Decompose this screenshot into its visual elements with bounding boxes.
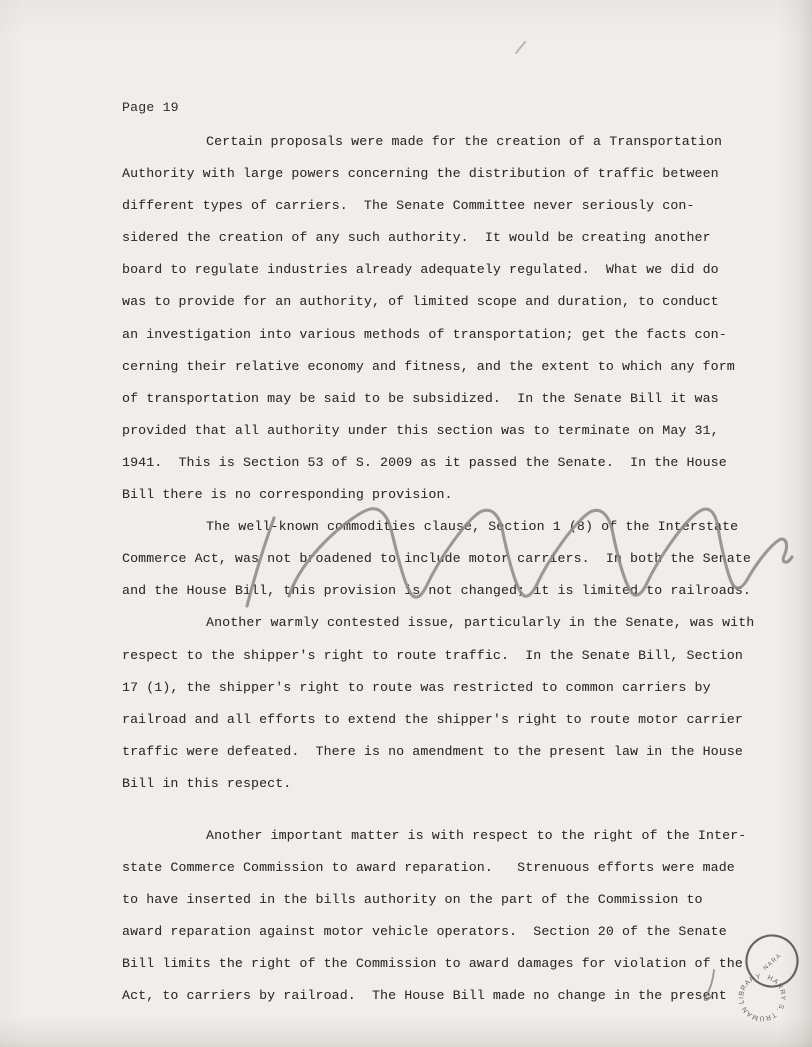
text-line: respect to the shipper's right to route …	[122, 640, 782, 672]
text-line: award reparation against motor vehicle o…	[122, 916, 782, 948]
text-line: The well-known commodities clause, Secti…	[122, 511, 782, 543]
paragraph: Certain proposals were made for the crea…	[122, 126, 782, 511]
paragraph: Another warmly contested issue, particul…	[122, 607, 782, 800]
text-line: Bill there is no corresponding provision…	[122, 479, 782, 511]
page-number: Page 19	[122, 100, 179, 115]
text-line: and the House Bill, this provision is no…	[122, 575, 782, 607]
text-line: state Commerce Commission to award repar…	[122, 852, 782, 884]
text-line: different types of carriers. The Senate …	[122, 190, 782, 222]
text-line: Another important matter is with respect…	[122, 820, 782, 852]
text-line: traffic were defeated. There is no amend…	[122, 736, 782, 768]
paragraph: The well-known commodities clause, Secti…	[122, 511, 782, 607]
text-line: 17 (1), the shipper's right to route was…	[122, 672, 782, 704]
text-line: an investigation into various methods of…	[122, 319, 782, 351]
text-line: to have inserted in the bills authority …	[122, 884, 782, 916]
document-page: Page 19 Certain proposals were made for …	[0, 0, 812, 1047]
text-line: of transportation may be said to be subs…	[122, 383, 782, 415]
text-line: board to regulate industries already ade…	[122, 254, 782, 286]
text-line: Another warmly contested issue, particul…	[122, 607, 782, 639]
document-body: Certain proposals were made for the crea…	[122, 126, 782, 1013]
text-line: Authority with large powers concerning t…	[122, 158, 782, 190]
pencil-tick-mark	[516, 42, 525, 53]
text-line: Bill in this respect.	[122, 768, 782, 800]
paragraph: Another important matter is with respect…	[122, 820, 782, 1013]
text-line: was to provide for an authority, of limi…	[122, 286, 782, 318]
text-line: Commerce Act, was not broadened to inclu…	[122, 543, 782, 575]
text-line: provided that all authority under this s…	[122, 415, 782, 447]
text-line: Act, to carriers by railroad. The House …	[122, 980, 782, 1012]
text-line: railroad and all efforts to extend the s…	[122, 704, 782, 736]
text-line: sidered the creation of any such authori…	[122, 222, 782, 254]
text-line: Certain proposals were made for the crea…	[122, 126, 782, 158]
text-line: Bill limits the right of the Commission …	[122, 948, 782, 980]
text-line: 1941. This is Section 53 of S. 2009 as i…	[122, 447, 782, 479]
text-line: cerning their relative economy and fitne…	[122, 351, 782, 383]
